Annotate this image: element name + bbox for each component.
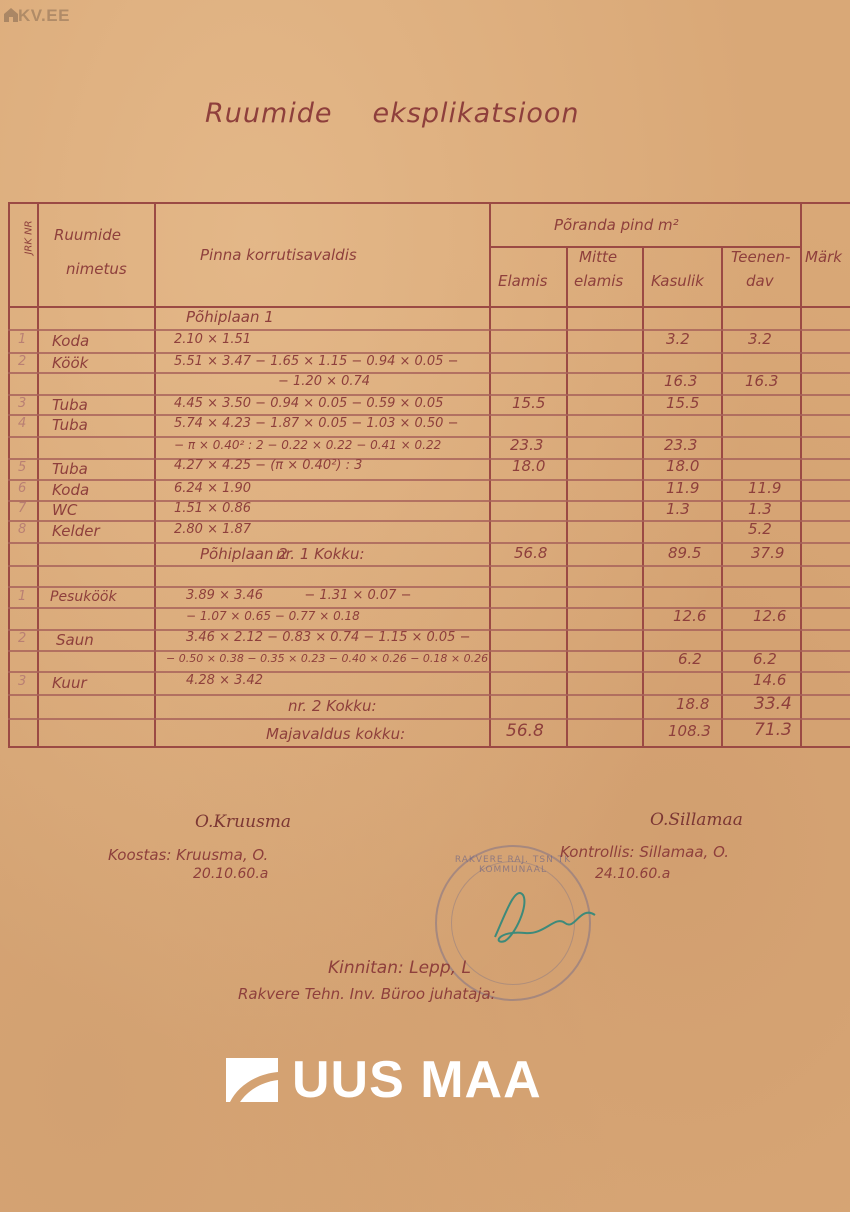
uus-maa-mark-icon (226, 1058, 278, 1102)
area-formula: 5.51 × 3.47 − 1.65 × 1.15 − 0.94 × 0.05 … (174, 354, 458, 369)
kv-ee-watermark: KV.EE (4, 6, 70, 26)
teenindav-value: 5.2 (748, 520, 772, 538)
row-number: 3 (18, 396, 26, 411)
room-name: Kuur (52, 674, 87, 692)
teenindav-value: 33.4 (754, 694, 792, 714)
header-mitte-line1: Mitte (579, 248, 617, 266)
title-word-1: Ruumide (205, 98, 333, 129)
area-formula: 3.46 × 2.12 − 0.83 × 0.74 − 1.15 × 0.05 … (186, 630, 470, 645)
room-name: Kelder (52, 522, 100, 540)
title-word-2: eksplikatsioon (373, 98, 580, 129)
room-name: Tuba (52, 460, 88, 478)
uus-maa-logo: UUS MAA (226, 1058, 542, 1102)
row-number: 2 (18, 631, 26, 646)
area-formula: 4.45 × 3.50 − 0.94 × 0.05 − 0.59 × 0.05 (174, 396, 443, 411)
total-label: Majavaldus kokku: (266, 725, 405, 743)
teenindav-value: 37.9 (751, 544, 784, 562)
header-teenindav-line2: dav (746, 272, 774, 290)
area-formula: 1.51 × 0.86 (174, 501, 251, 516)
area-formula: 2.80 × 1.87 (174, 522, 251, 537)
area-formula: 3.89 × 3.46 − 1.31 × 0.07 − (186, 588, 411, 603)
kasulik-value: 18.0 (666, 457, 699, 475)
header-kasulik: Kasulik (651, 272, 704, 290)
elamis-value: 18.0 (512, 457, 545, 475)
row-number: 4 (18, 416, 26, 431)
watermark-text: KV.EE (18, 6, 70, 25)
teenindav-value: 6.2 (753, 650, 777, 668)
room-name: Saun (56, 631, 94, 649)
kasulik-value: 6.2 (678, 650, 702, 668)
compiled-by-label: Koostas: Kruusma, O. (108, 846, 268, 864)
header-nr: JRK NR (24, 220, 35, 254)
checked-date: 24.10.60.a (595, 866, 670, 882)
row-number: 3 (18, 674, 26, 689)
row-number: 2 (18, 354, 26, 369)
compiled-date: 20.10.60.a (193, 866, 268, 882)
teenindav-value: 3.2 (748, 330, 772, 348)
room-name: Pesuköök (50, 589, 117, 605)
row-number: 6 (18, 481, 26, 496)
header-formula: Pinna korrutisavaldis (200, 246, 357, 264)
header-mitte-line2: elamis (574, 272, 623, 290)
compiled-signature: O.Kruusma (195, 812, 291, 832)
approved-by-label: Kinnitan: Lepp, L (328, 958, 471, 978)
header-name-line2: nimetus (66, 260, 127, 278)
checked-signature: O.Sillamaa (650, 810, 743, 830)
area-formula: − 0.50 × 0.38 − 0.35 × 0.23 − 0.40 × 0.2… (166, 652, 488, 665)
kasulik-value: 15.5 (666, 394, 699, 412)
header-floor-area: Põranda pind m² (554, 216, 679, 234)
elamis-value: 15.5 (512, 394, 545, 412)
teenindav-value: 16.3 (745, 372, 778, 390)
kasulik-value: 12.6 (673, 607, 706, 625)
row-number: 7 (18, 501, 26, 516)
section-title-2: Põhiplaan 2 (200, 545, 288, 563)
row-number: 1 (18, 332, 26, 347)
room-name: Tuba (52, 416, 88, 434)
room-name: Tuba (52, 396, 88, 414)
area-formula: 6.24 × 1.90 (174, 481, 251, 496)
kasulik-value: 18.8 (676, 695, 709, 713)
area-formula: − 1.20 × 0.74 (278, 374, 370, 389)
elamis-value: 23.3 (510, 436, 543, 454)
area-formula: 5.74 × 4.23 − 1.87 × 0.05 − 1.03 × 0.50 … (174, 416, 458, 431)
room-name: WC (52, 501, 77, 519)
header-name-line1: Ruumide (54, 226, 121, 244)
row-number: 8 (18, 522, 26, 537)
kasulik-value: 23.3 (664, 436, 697, 454)
teenindav-value: 1.3 (748, 500, 772, 518)
kasulik-value: 108.3 (668, 722, 711, 740)
approver-role: Rakvere Tehn. Inv. Büroo juhataja: (238, 985, 496, 1003)
section-title-1: Põhiplaan 1 (186, 308, 274, 326)
kasulik-value: 3.2 (666, 330, 690, 348)
document-title: Ruumideeksplikatsioon (205, 98, 580, 129)
area-formula: − 1.07 × 0.65 − 0.77 × 0.18 (186, 609, 360, 623)
header-teenindav-line1: Teenen- (731, 248, 790, 266)
kasulik-value: 89.5 (668, 544, 701, 562)
area-formula: 4.27 × 4.25 − (π × 0.40²) : 3 (174, 458, 362, 473)
house-icon (4, 8, 18, 22)
row-number: 5 (18, 460, 26, 475)
header-elamis: Elamis (498, 272, 547, 290)
kasulik-value: 16.3 (664, 372, 697, 390)
approval-signature-icon (485, 875, 605, 955)
elamis-value: 56.8 (514, 544, 547, 562)
room-name: Köök (52, 354, 88, 372)
kasulik-value: 1.3 (666, 500, 690, 518)
area-formula: − π × 0.40² : 2 − 0.22 × 0.22 − 0.41 × 0… (174, 438, 441, 452)
kasulik-value: 11.9 (666, 479, 699, 497)
teenindav-value: 12.6 (753, 607, 786, 625)
teenindav-value: 11.9 (748, 479, 781, 497)
area-formula: 4.28 × 3.42 (186, 673, 263, 688)
row-number: 1 (18, 589, 26, 604)
room-explication-table: JRK NR Ruumide nimetus Pinna korrutisava… (8, 202, 850, 748)
checked-by-label: Kontrollis: Sillamaa, O. (560, 843, 729, 861)
elamis-value: 56.8 (506, 721, 544, 741)
logo-text: UUS MAA (292, 1058, 542, 1102)
subtotal-label: nr. 1 Kokku: (276, 545, 365, 563)
subtotal-label: nr. 2 Kokku: (288, 697, 377, 715)
teenindav-value: 71.3 (754, 720, 792, 740)
room-name: Koda (52, 332, 89, 350)
area-formula: 2.10 × 1.51 (174, 332, 251, 347)
teenindav-value: 14.6 (753, 671, 786, 689)
header-mark: Märk (805, 248, 842, 266)
room-name: Koda (52, 481, 89, 499)
